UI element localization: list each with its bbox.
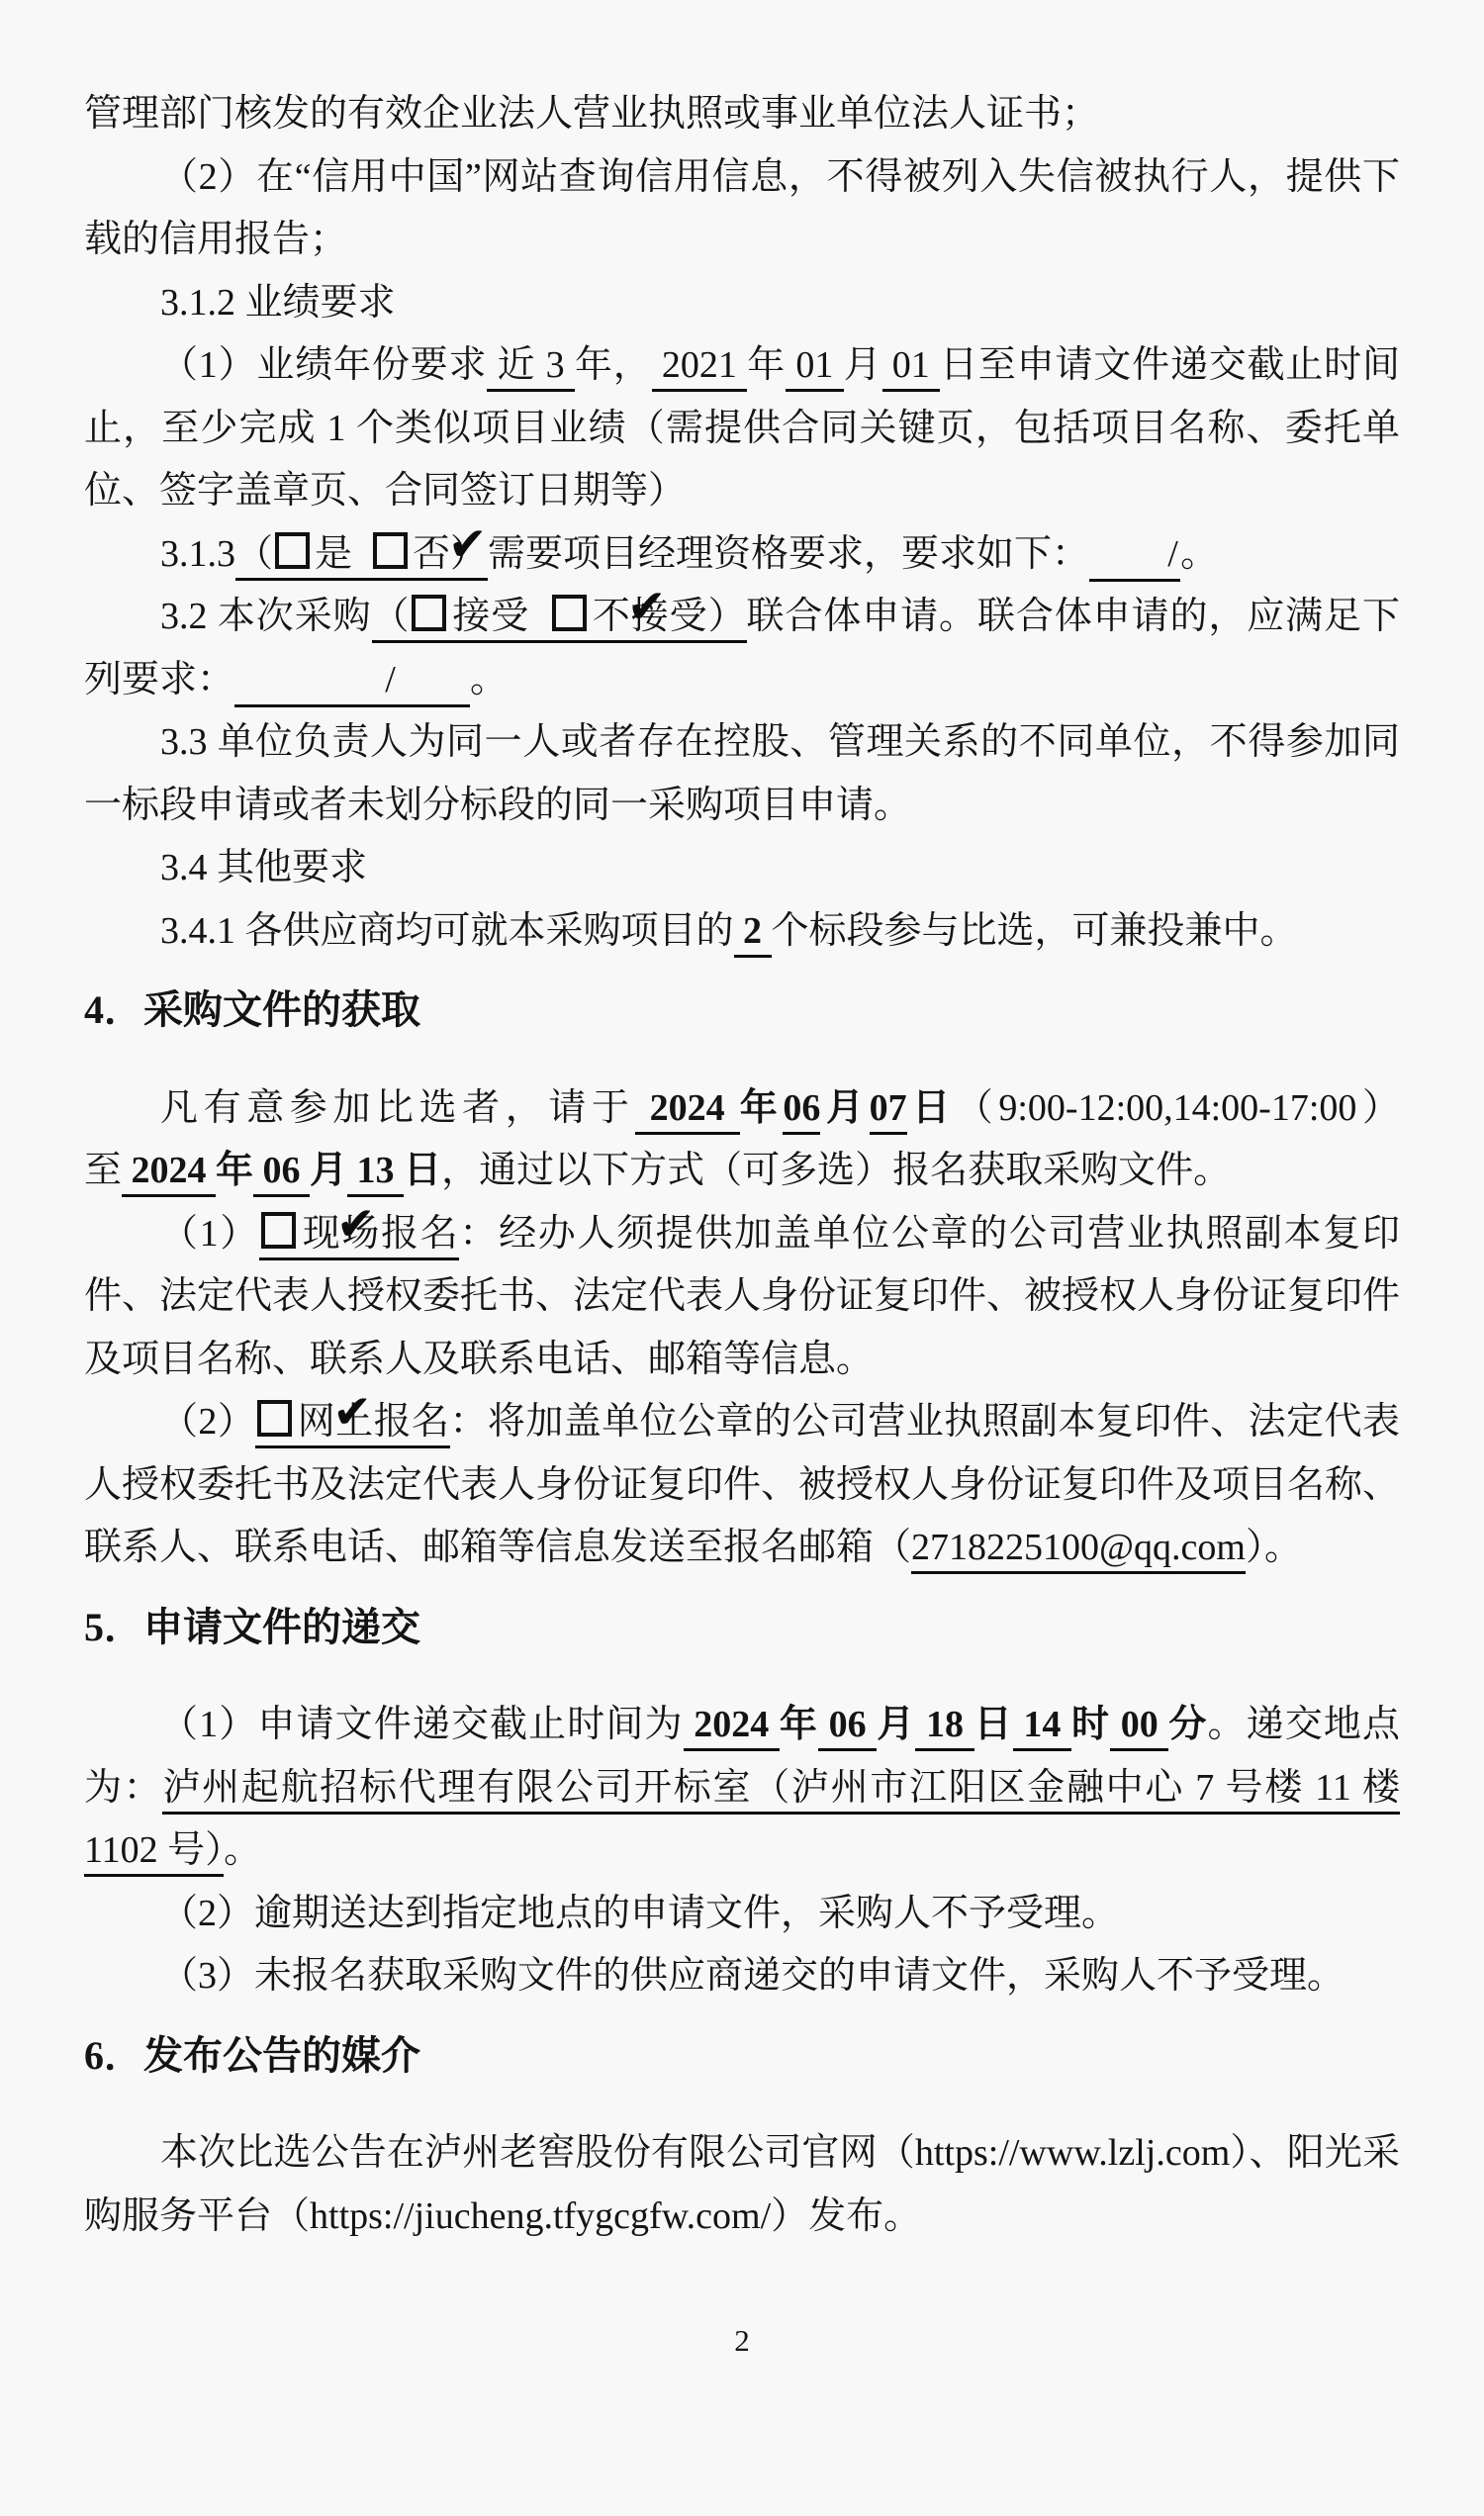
underlined-run: 13: [347, 1150, 404, 1197]
text-run: 5．申请文件的递交: [84, 1605, 420, 1649]
text-run: 凡有意参加比选者，请于: [160, 1087, 635, 1129]
document-page: 管理部门核发的有效企业法人营业执照或事业单位法人证书；（2）在“信用中国”网站查…: [0, 0, 1484, 2516]
underlined-run: [255, 1401, 297, 1448]
underlined-run: 01: [882, 344, 941, 392]
text-run: （2）: [160, 1401, 255, 1443]
paragraph: （2）网上报名：将加盖单位公章的公司营业执照副本复印件、法定代表人授权委托书及法…: [84, 1391, 1400, 1580]
underlined-run: 00: [1110, 1704, 1168, 1751]
text-run: 分: [1168, 1704, 1207, 1745]
underlined-run: 近 3: [487, 344, 575, 392]
paragraph: 3.4.1 各供应商均可就本采购项目的 2 个标段参与比选，可兼投兼中。: [84, 900, 1400, 964]
paragraph: 管理部门核发的有效企业法人营业执照或事业单位法人证书；: [84, 83, 1400, 146]
text-run: 3.2 本次采购: [160, 596, 372, 637]
underlined-run: [550, 596, 592, 643]
paragraph: 本次比选公告在泸州老窖股份有限公司官网（https://www.lzlj.com…: [84, 2122, 1400, 2248]
underlined-run: [410, 596, 451, 643]
text-run: 年: [747, 344, 786, 386]
text-run: 4．采购文件的获取: [84, 987, 420, 1032]
text-run: 6．发布公告的媒介: [84, 2033, 420, 2078]
page-number: 2: [0, 2323, 1484, 2359]
underlined-run: [273, 533, 315, 581]
paragraph: 3.1.2 业绩要求: [84, 272, 1400, 335]
text-run: ，通过以下方式（可多选）报名获取采购文件。: [441, 1150, 1231, 1191]
checkbox-unchecked-icon: [412, 595, 446, 631]
text-run: 月: [844, 344, 882, 386]
text-run: https://www.lzlj.com: [915, 2132, 1230, 2174]
paragraph: 3.3 单位负责人为同一人或者存在控股、管理关系的不同单位，不得参加同一标段申请…: [84, 711, 1400, 837]
paragraph: （1）现场报名：经办人须提供加盖单位公章的公司营业执照副本复印件、法定代表人授权…: [84, 1203, 1400, 1392]
text-run: （1）申请文件递交截止时间为: [160, 1704, 684, 1745]
text-run: 3.4.1 各供应商均可就本采购项目的: [160, 910, 734, 952]
underlined-run: 2: [734, 910, 772, 958]
text-run: 时: [1071, 1704, 1110, 1745]
underlined-run: 2021: [652, 344, 748, 392]
text-run: 年: [740, 1087, 784, 1129]
underlined-run: 06: [783, 1087, 820, 1135]
text-run: （2）逾期送达到指定地点的申请文件，采购人不予受理。: [160, 1893, 1119, 1934]
underlined-run: （: [372, 596, 411, 643]
paragraph: （1）业绩年份要求 近 3 年， 2021 年 01 月 01 日至申请文件递交…: [84, 334, 1400, 523]
underlined-run: 06: [253, 1150, 310, 1197]
text-run: 3.1.3: [160, 533, 235, 575]
underlined-run: 14: [1013, 1704, 1071, 1751]
text-run: 年，: [575, 344, 652, 386]
underlined-run: 01: [786, 344, 844, 392]
underlined-run: 2024: [684, 1704, 780, 1751]
text-run: 3.3 单位负责人为同一人或者存在控股、管理关系的不同单位，不得参加同一标段申请…: [84, 721, 1400, 826]
paragraph: （3）未报名获取采购文件的供应商递交的申请文件，采购人不予受理。: [84, 1945, 1400, 2008]
underlined-run: 06: [818, 1704, 877, 1751]
text-run: 个标段参与比选，可兼投兼中。: [772, 910, 1298, 952]
paragraph: （2）逾期送达到指定地点的申请文件，采购人不予受理。: [84, 1883, 1400, 1946]
text-run: ）发布。: [771, 2195, 921, 2237]
text-run: 本次比选公告在泸州老窖股份有限公司官网（: [160, 2132, 915, 2174]
text-run: 年: [216, 1150, 253, 1191]
text-run: （3）未报名获取采购文件的供应商递交的申请文件，采购人不予受理。: [160, 1955, 1345, 1997]
document-body: 管理部门核发的有效企业法人营业执照或事业单位法人证书；（2）在“信用中国”网站查…: [84, 83, 1400, 2248]
text-run: （1）业绩年份要求: [160, 344, 487, 386]
text-run: 。: [1180, 533, 1218, 575]
section-heading-6: 6．发布公告的媒介: [84, 2024, 1400, 2088]
underlined-run: [371, 533, 413, 581]
text-run: （1）: [160, 1213, 259, 1255]
blank-slot: /: [1089, 534, 1180, 583]
text-run: 。: [224, 1829, 261, 1871]
underlined-run: [259, 1213, 301, 1260]
text-run: ）。: [1246, 1527, 1302, 1568]
text-run: 管理部门核发的有效企业法人营业执照或事业单位法人证书；: [84, 93, 1099, 135]
paragraph: （2）在“信用中国”网站查询信用信息，不得被列入失信被执行人，提供下载的信用报告…: [84, 146, 1400, 272]
section-heading-5: 5．申请文件的递交: [84, 1596, 1400, 1659]
text-run: 月: [877, 1704, 915, 1745]
underlined-run: 2024: [122, 1150, 216, 1197]
text-run: 需要项目经理资格要求，要求如下：: [488, 533, 1089, 575]
underlined-run: 是: [315, 533, 371, 581]
section-heading-4: 4．采购文件的获取: [84, 978, 1400, 1042]
underlined-run: 接受: [451, 596, 550, 643]
paragraph: 3.1.3（是 否）需要项目经理资格要求，要求如下：/。: [84, 523, 1400, 587]
checkbox-unchecked-icon: [275, 532, 310, 569]
text-run: https://jiucheng.tfygcgfw.com/: [310, 2195, 771, 2237]
text-run: 年: [780, 1704, 818, 1745]
paragraph: 3.2 本次采购（接受 不接受）联合体申请。联合体申请的，应满足下列要求：/。: [84, 586, 1400, 711]
blank-slot: /: [234, 660, 470, 708]
text-run: 。: [470, 659, 508, 700]
text-run: 月: [820, 1087, 869, 1129]
underlined-run: 2718225100@qq.com: [911, 1527, 1246, 1574]
text-run: 日: [907, 1087, 956, 1129]
text-run: 3.1.2 业绩要求: [160, 282, 396, 324]
checkbox-checked-icon: [261, 1212, 296, 1249]
underlined-run: （: [235, 533, 273, 581]
paragraph: （1）申请文件递交截止时间为 2024 年 06 月 18 日 14 时 00 …: [84, 1694, 1400, 1883]
paragraph: 3.4 其他要求: [84, 837, 1400, 900]
underlined-run: 2024: [635, 1087, 740, 1135]
paragraph: 凡有意参加比选者，请于 2024 年06月07日（9:00-12:00,14:0…: [84, 1077, 1400, 1203]
text-run: （2）在“信用中国”网站查询信用信息，不得被列入失信被执行人，提供下载的信用报告…: [84, 156, 1400, 261]
text-run: 月: [310, 1150, 347, 1191]
underlined-run: 泸州起航招标代理有限公司开标室（泸州市江阳区金融中心 7 号楼 11 楼 110…: [84, 1767, 1400, 1878]
checkbox-checked-icon: [257, 1400, 292, 1437]
underlined-run: 07: [870, 1087, 907, 1135]
text-run: 3.4 其他要求: [160, 847, 367, 888]
text-run: 日: [974, 1704, 1013, 1745]
checkbox-checked-icon: [552, 595, 587, 631]
underlined-run: 18: [915, 1704, 974, 1751]
checkbox-checked-icon: [373, 532, 408, 569]
text-run: 日: [404, 1150, 441, 1191]
